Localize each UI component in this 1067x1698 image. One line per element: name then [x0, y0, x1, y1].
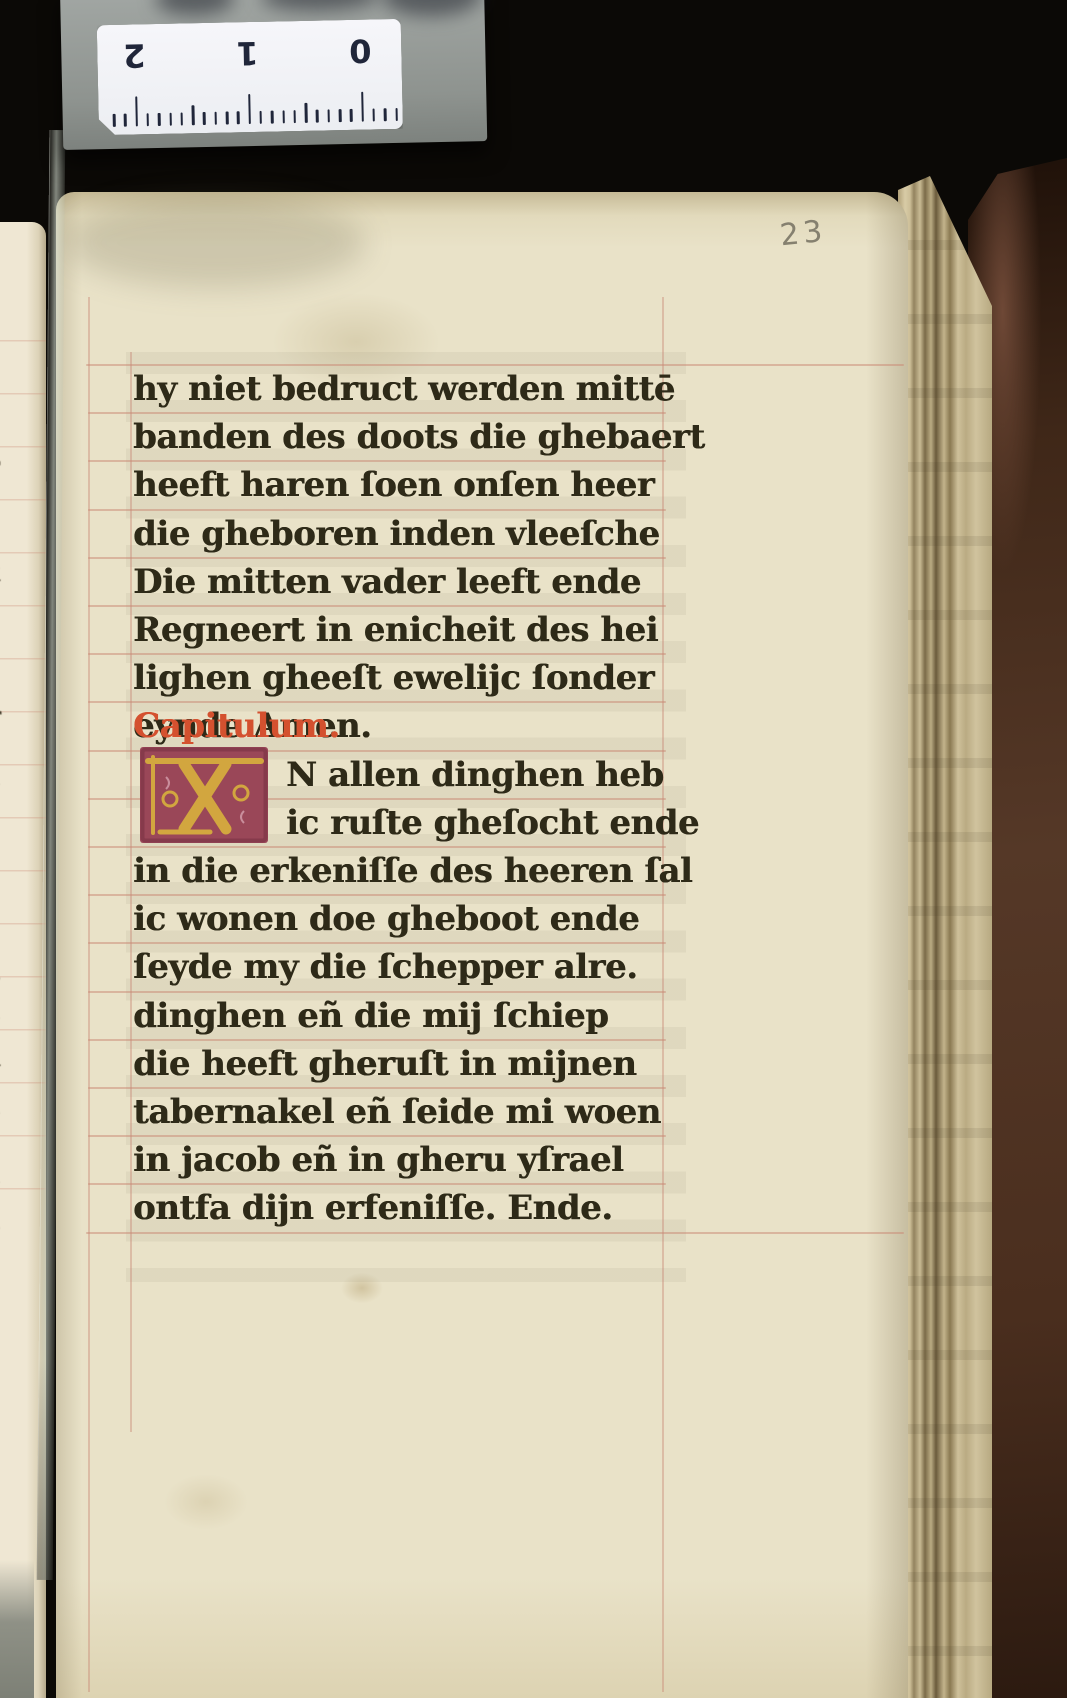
- ruler-ticks: [112, 87, 389, 127]
- ruler-tick: [350, 109, 353, 122]
- text-line-content: banden des doots die ghebaert: [133, 414, 705, 460]
- text-line-content: Regneert in enicheit des hei: [133, 607, 658, 653]
- text-line: ontfa dijn erfeniſſe. Ende.: [133, 1185, 719, 1233]
- rubric-heading: Capitulum.: [133, 703, 340, 749]
- text-line-content: tabernakel eñ ſeide mi woen: [133, 1089, 661, 1135]
- text-line: ic ruſte gheſocht ende: [286, 800, 719, 848]
- text-line-content: ic wonen doe gheboot ende: [133, 896, 639, 942]
- text-line-content: N allen dinghen heb: [286, 752, 664, 798]
- text-line: ic wonen doe gheboot ende: [133, 896, 719, 944]
- ruler-tick: [113, 114, 116, 127]
- text-line: in die erkeniſſe des heeren ſal: [133, 848, 719, 896]
- ruler-number: 0: [348, 30, 371, 70]
- ruler-tick: [203, 112, 206, 125]
- page-stain: [66, 198, 366, 288]
- text-line: N allen dinghen heb: [286, 752, 719, 800]
- text-line-content: Die mitten vader leeft ende: [133, 559, 641, 605]
- ruler-tick: [259, 111, 262, 124]
- ruler-tick: [226, 112, 229, 125]
- ruler-tick: [293, 110, 296, 123]
- background-board: [0, 1560, 34, 1698]
- text-line: Die mitten vader leeft ende: [133, 559, 719, 607]
- ruler-tick: [192, 105, 195, 125]
- ruler-tick: [169, 113, 172, 126]
- text-line: die heeft gheruſt in mijnen: [133, 1041, 719, 1089]
- ruler-tick: [180, 112, 183, 125]
- illuminated-initial-I: [140, 747, 268, 843]
- ghost-writing-mark: [155, 0, 236, 16]
- text-line-content: ontfa dijn erfeniſſe. Ende.: [133, 1185, 613, 1231]
- ruler-tick: [305, 103, 308, 123]
- ruler-tick: [361, 92, 364, 122]
- text-line: eynde Amen.Capitulum.: [133, 703, 719, 751]
- centimeter-ruler: 210: [97, 19, 403, 135]
- ruler-tick: [282, 110, 285, 123]
- ruler-tick: [316, 110, 319, 123]
- scale-card: 210: [60, 0, 487, 150]
- ruler-tick: [271, 111, 274, 124]
- text-line: tabernakel eñ ſeide mi woen: [133, 1089, 719, 1137]
- text-line-content: in die erkeniſſe des heeren ſal: [133, 848, 692, 894]
- text-line: die gheboren inden vleeſche: [133, 511, 719, 559]
- manuscript-page: hy niet bedruct werden mittēbanden des d…: [56, 192, 908, 1698]
- text-line-content: die gheboren inden vleeſche: [133, 511, 660, 557]
- text-line-content: die heeft gheruſt in mijnen: [133, 1041, 636, 1087]
- text-line-content: heeft haren ſoen onſen heer: [133, 462, 654, 508]
- text-line-content: hy niet bedruct werden mittē: [133, 366, 675, 412]
- text-line-content: in jacob eñ in gheru yſrael: [133, 1137, 623, 1183]
- ruler-tick: [384, 108, 387, 121]
- ruler-tick: [124, 114, 127, 127]
- ruled-line-vertical: [130, 352, 132, 1432]
- ghost-writing-mark: [382, 0, 483, 17]
- manuscript-photo: hy niet bedruct werden mittēbanden des d…: [0, 0, 1067, 1698]
- text-line-content: dinghen eñ die mij ſchiep: [133, 993, 608, 1039]
- ruler-tick: [327, 109, 330, 122]
- ruler-number: 1: [235, 32, 258, 72]
- text-line: in jacob eñ in gheru yſrael: [133, 1137, 719, 1185]
- folio-number: 23: [778, 214, 828, 254]
- text-line-content: ſeyde my die ſchepper alre.: [133, 944, 637, 990]
- text-line: hy niet bedruct werden mittē: [133, 366, 719, 414]
- ghost-writing-mark: [260, 0, 381, 12]
- text-line: heeft haren ſoen onſen heer: [133, 462, 719, 510]
- ruler-number: 2: [122, 34, 145, 74]
- ruled-line-vertical: [88, 297, 90, 1692]
- ruler-tick: [237, 111, 240, 124]
- text-line: Regneert in enicheit des hei: [133, 607, 719, 655]
- text-line: dinghen eñ die mij ſchiep: [133, 993, 719, 1041]
- ruler-tick: [372, 108, 375, 121]
- ruler-tick: [158, 113, 161, 126]
- text-line: lighen gheeſt ewelijc ſonder: [133, 655, 719, 703]
- text-line-content: lighen gheeſt ewelijc ſonder: [133, 655, 654, 701]
- text-line-content: ic ruſte gheſocht ende: [286, 800, 699, 846]
- ruler-tick: [339, 109, 342, 122]
- ruler-tick: [248, 94, 251, 124]
- ruler-tick: [214, 112, 217, 125]
- ruler-tick: [135, 96, 138, 126]
- text-line: banden des doots die ghebaert: [133, 414, 719, 462]
- ruler-tick: [395, 108, 398, 121]
- text-line: ſeyde my die ſchepper alre.: [133, 944, 719, 992]
- book-fore-edge-pages: [898, 176, 992, 1698]
- ruler-tick: [146, 113, 149, 126]
